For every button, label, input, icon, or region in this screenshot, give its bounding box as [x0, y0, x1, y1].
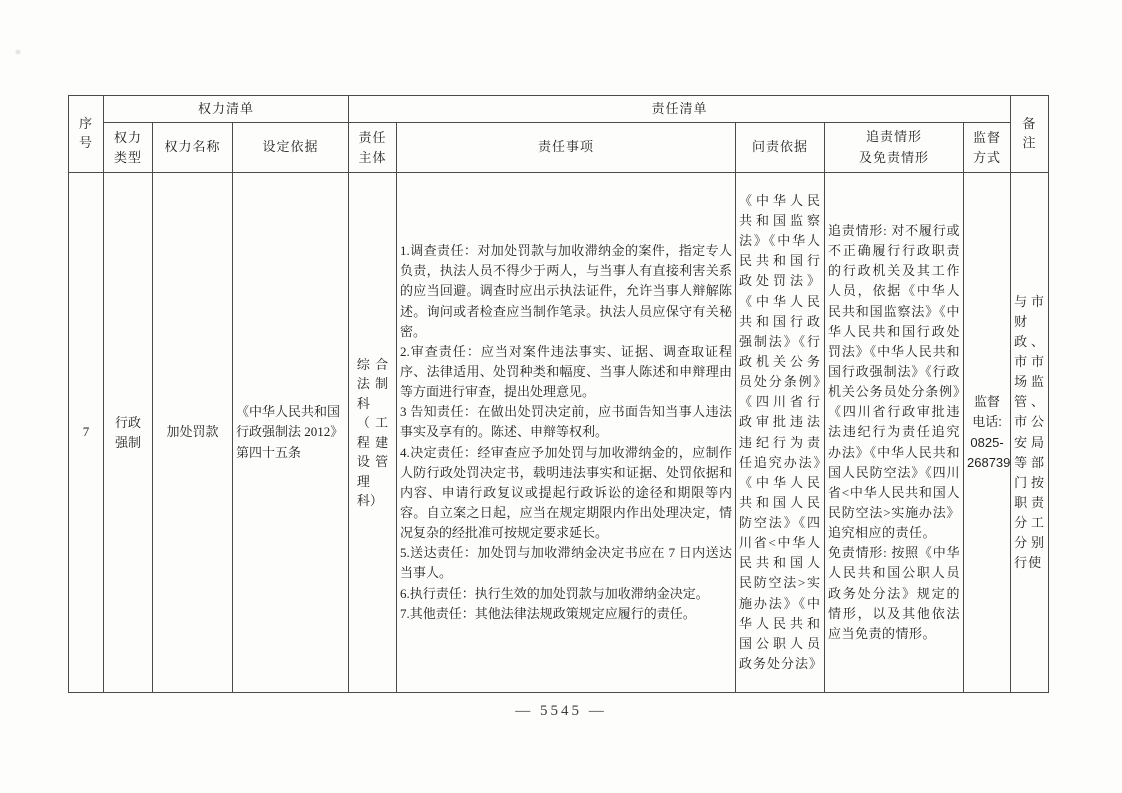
duty-subject-value: 综合法制科（工程建设管理科）: [357, 355, 388, 511]
cell-supervision-phone: 监督 电话: 0825- 2687393: [964, 173, 1011, 693]
cell-remark: 与市财政、市市场监管、市公安局等部门按职责分工分别行使: [1011, 173, 1049, 693]
supervision-line-1: 监督: [967, 392, 1007, 412]
header-setting-basis: 设定依据: [233, 123, 349, 173]
header-power-type: 权力类型: [104, 123, 153, 173]
duty-item-4: 4.决定责任：经审查应予加处罚与加收滞纳金的，应制作人防行政处罚决定书，载明违法…: [400, 443, 732, 544]
cell-duty-items: 1.调查责任：对加处罚款与加收滞纳金的案件，指定专人负责，执法人员不得少于两人，…: [397, 173, 736, 693]
header-serial-number-label: 序号: [78, 115, 94, 153]
supervision-line-2: 电话:: [967, 412, 1007, 432]
header-serial-number: 序号: [69, 96, 104, 173]
power-duty-list-table: 序号 权力清单 责任清单 备注 权力类型 权力名称 设定依据 责任主体 责任事项…: [68, 95, 1049, 693]
remark-text: 与市财政、市市场监管、市公安局等部门按职责分工分别行使: [1014, 292, 1045, 574]
cell-power-name: 加处罚款: [153, 173, 233, 693]
cell-serial-number: 7: [69, 173, 104, 693]
header-duty-subject-label: 责任主体: [357, 128, 388, 167]
supervision-line-4: 2687393: [967, 453, 1007, 473]
duty-item-6: 6.执行责任：执行生效的加处罚款与加收滞纳金决定。: [400, 584, 732, 604]
accountability-basis-text: 《中华人民共和国监察法》《中华人民共和国行政处罚法》《中华人民共和国行政强制法》…: [739, 191, 821, 674]
header-power-type-label: 权力类型: [112, 128, 143, 167]
page-number: — 5545 —: [0, 703, 1122, 720]
duty-item-5: 5.送达责任：加处罚与加收滞纳金决定书应在 7 日内送达当事人。: [400, 543, 732, 583]
duty-item-1: 1.调查责任：对加处罚款与加收滞纳金的案件，指定专人负责，执法人员不得少于两人，…: [400, 241, 732, 342]
duty-item-7: 7.其他责任：其他法律法规政策规定应履行的责任。: [400, 604, 732, 624]
pursuit-situation-text: 追责情形: 对不履行或不正确履行行政职责的行政机关及其工作人员，依据《中华人民共…: [828, 221, 960, 543]
header-accountability-basis: 问责依据: [736, 123, 825, 173]
header-remark: 备注: [1011, 96, 1049, 173]
header-power-list-group: 权力清单: [104, 96, 349, 123]
header-supervision-label: 监督方式: [971, 128, 1002, 167]
header-pursuit-line2: 及免责情形: [828, 148, 960, 168]
scanned-document-page: 序号 权力清单 责任清单 备注 权力类型 权力名称 设定依据 责任主体 责任事项…: [0, 0, 1122, 793]
duty-item-2: 2.审查责任：应当对案件违法事实、证据、调查取证程序、法律适用、处罚种类和幅度、…: [400, 342, 732, 402]
header-duty-subject: 责任主体: [349, 123, 397, 173]
exemption-situation-text: 免责情形: 按照《中华人民共和国公职人员政务处分法》规定的情形，以及其他依法应当…: [828, 543, 960, 644]
cell-setting-basis: 《中华人民共和国行政强制法 2012》第四十五条: [233, 173, 349, 693]
cell-pursuit-exemption: 追责情形: 对不履行或不正确履行行政职责的行政机关及其工作人员，依据《中华人民共…: [825, 173, 964, 693]
header-power-name: 权力名称: [153, 123, 233, 173]
header-supervision-method: 监督方式: [964, 123, 1011, 173]
header-remark-label: 备注: [1021, 115, 1037, 153]
table-row: 7 行政强制 加处罚款 《中华人民共和国行政强制法 2012》第四十五条 综合法…: [69, 173, 1049, 693]
supervision-line-3: 0825-: [967, 433, 1007, 453]
header-duty-items: 责任事项: [397, 123, 736, 173]
cell-duty-subject: 综合法制科（工程建设管理科）: [349, 173, 397, 693]
header-pursuit-line1: 追责情形: [828, 127, 960, 147]
power-type-value: 行政强制: [112, 413, 143, 452]
duty-item-3: 3 告知责任：在做出处罚决定前，应书面告知当事人违法事实及享有的。陈述、申辩等权…: [400, 402, 732, 442]
cell-power-type: 行政强制: [104, 173, 153, 693]
cell-accountability-basis: 《中华人民共和国监察法》《中华人民共和国行政处罚法》《中华人民共和国行政强制法》…: [736, 173, 825, 693]
header-duty-list-group: 责任清单: [349, 96, 1011, 123]
header-pursuit-exemption: 追责情形 及免责情形: [825, 123, 964, 173]
